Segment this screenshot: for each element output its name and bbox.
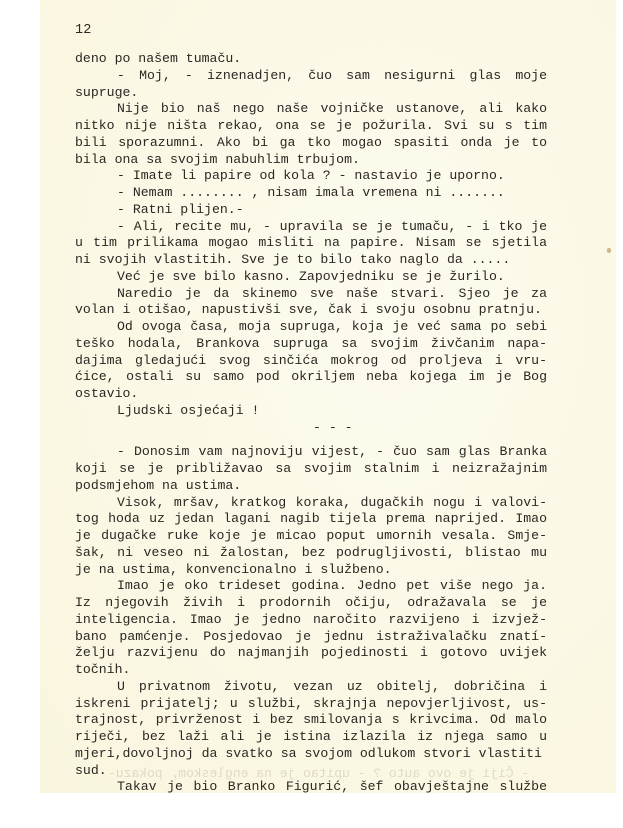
body-text: deno po našem tumaču.- Moj, - iznenadjen… xyxy=(75,51,547,796)
text-line: U privatnom životu, vezan uz obitelj, do… xyxy=(75,679,547,696)
text-line: Naredio je da skinemo sve naše stvari. S… xyxy=(75,286,547,303)
page-number: 12 xyxy=(75,23,92,38)
text-line: supruge. xyxy=(75,85,547,102)
text-line: - Ali, recite mu, - upravila se je tumač… xyxy=(75,219,547,236)
text-line: je na ustima, konvencionalno i službeno. xyxy=(75,562,547,579)
text-line: inteligencia. Imao je jedno naročito raz… xyxy=(75,612,547,629)
text-line: - Imate li papire od kola ? - nastavio j… xyxy=(75,168,547,185)
text-line: u tim prilikama mogao misliti na papire.… xyxy=(75,235,547,252)
text-line: Iz njegovih živih i prodornih očiju, odr… xyxy=(75,595,547,612)
text-line: Ljudski osjećaji ! xyxy=(75,403,547,420)
section-gap xyxy=(75,436,547,444)
text-line: - Moj, - iznenadjen, čuo sam nesigurni g… xyxy=(75,68,547,85)
text-line: ostavio. xyxy=(75,386,547,403)
text-line: šak, ni veseo ni žalostan, bez podruglji… xyxy=(75,545,547,562)
text-line: Takav je bio Branko Figurić, šef obavješ… xyxy=(75,779,547,796)
text-line: teško hodala, Brankova supruga sa svojim… xyxy=(75,336,547,353)
text-line: je dugačke ruke koje je micao poput umor… xyxy=(75,528,547,545)
text-line: koji se je približavao sa svojim stalnim… xyxy=(75,461,547,478)
text-line: tog hoda uz jedan lagani nagib tijela pr… xyxy=(75,511,547,528)
text-line: - Donosim vam najnoviju vijest, - čuo sa… xyxy=(75,444,547,461)
text-line: ni svojih vlastitih. Sve je to bilo tako… xyxy=(75,252,547,269)
text-line: volan i otišao, napustivši sve, čak i sv… xyxy=(75,302,547,319)
text-line: trajnost, privrženost i bez smilovanja s… xyxy=(75,712,547,729)
text-line: - - - xyxy=(75,420,547,437)
text-line: bili sporazumni. Ako bi ga tko mogao spa… xyxy=(75,135,547,152)
text-line: Imao je oko trideset godina. Jedno pet v… xyxy=(75,578,547,595)
text-line: točnih. xyxy=(75,662,547,679)
text-line: mjeri,dovoljnoj da svatko sa svojom odlu… xyxy=(75,746,547,763)
text-line: bila ona sa svojim nabuhlim trbujom. xyxy=(75,152,547,169)
text-line: podsmjehom na ustima. xyxy=(75,478,547,495)
text-line: iskreni prijatelj; u službi, skrajnja ne… xyxy=(75,696,547,713)
text-line: Već je sve bilo kasno. Zapovjedniku se j… xyxy=(75,269,547,286)
text-line: ćice, ostali su samo pod okriljem neba k… xyxy=(75,369,547,386)
text-line: nitko nije ništa rekao, ona se je požuri… xyxy=(75,118,547,135)
text-line: Nije bio naš nego naše vojničke ustanove… xyxy=(75,101,547,118)
text-line: riječi, bez laži ali je istina izlazila … xyxy=(75,729,547,746)
text-line: - Nemam ........ , nisam imala vremena n… xyxy=(75,185,547,202)
text-line: Od ovoga časa, moja supruga, koja je već… xyxy=(75,319,547,336)
text-line: Visok, mršav, kratkog koraka, dugačkih n… xyxy=(75,495,547,512)
text-line: - Ratni plijen.- xyxy=(75,202,547,219)
margin-speck xyxy=(607,248,611,253)
bleed-through-text: - Čiji je ovo auto ? - upitao je na engl… xyxy=(108,766,529,781)
text-line: dajima gledajući svog sinčića mokrog od … xyxy=(75,353,547,370)
text-line: želju razvijenu do najmanjih pojedinosti… xyxy=(75,645,547,662)
text-line: deno po našem tumaču. xyxy=(75,51,547,68)
text-line: bano pamćenje. Posjedovao je jednu istra… xyxy=(75,629,547,646)
